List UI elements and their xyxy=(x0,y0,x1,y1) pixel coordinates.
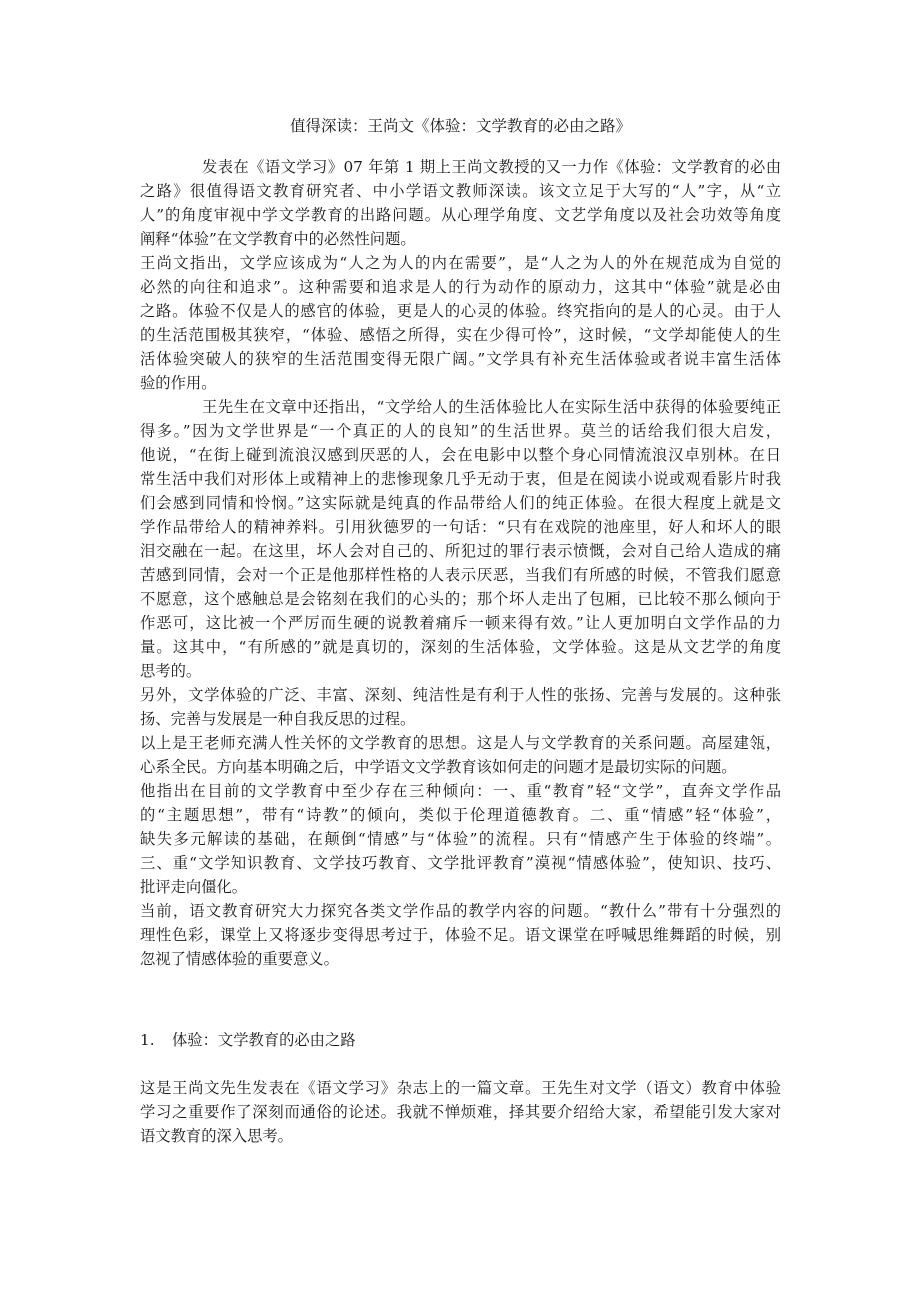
text-line: 的生活范围极其狭窄，“体验、感悟之所得，实在少得可怜”，这时候，“文学却能使人的… xyxy=(140,323,781,347)
text-line: 语文教育的深入思考。 xyxy=(140,1124,781,1148)
text-line: 学习之重要作了深刻而通俗的论述。我就不惮烦难，择其要介绍给大家，希望能引发大家对 xyxy=(140,1100,781,1124)
text-line: 这是王尚文先生发表在《语文学习》杂志上的一篇文章。王先生对文学（语文）教育中体验 xyxy=(140,1076,781,1100)
document-page: 值得深读：王尚文《体验：文学教育的必由之路》 发表在《语文学习》07 年第 1 … xyxy=(0,0,920,1302)
text-line: 验的作用。 xyxy=(140,371,781,395)
text-line: 之路》很值得语文教育研究者、中小学语文教师深读。该文立足于大写的“人”字，从“立 xyxy=(140,179,781,203)
text-line: 苦感到同情，会对一个正是他那样性格的人表示厌恶，当我们有所感的时候，不管我们愿意 xyxy=(140,563,781,587)
paragraph-current-research: 当前，语文教育研究大力探究各类文学作品的教学内容的问题。“教什么”带有十分强烈的… xyxy=(140,899,781,971)
text-line: 得多。”因为文学世界是“一个真正的人的良知”的生活世界。莫兰的话给我们很大启发， xyxy=(140,419,781,443)
paragraph-three-tendencies: 他指出在目前的文学教育中至少存在三种倾向：一、重“教育”轻“文学”，直奔文学作品… xyxy=(140,779,781,899)
text-line: 必然的向往和追求”。这种需要和追求是人的行为动作的原动力，这其中“体验”就是必由 xyxy=(140,275,781,299)
text-line: 不愿意，这个感触总是会铭刻在我们的心头的；那个坏人走出了包厢，已比较不那么倾向于 xyxy=(140,587,781,611)
document-title: 值得深读：王尚文《体验：文学教育的必由之路》 xyxy=(140,114,781,138)
paragraph-wang-points-out: 王尚文指出，文学应该成为“人之为人的内在需要”，是“人之为人的外在规范成为自觉的… xyxy=(140,251,781,395)
section-paragraph: 这是王尚文先生发表在《语文学习》杂志上的一篇文章。王先生对文学（语文）教育中体验… xyxy=(140,1076,781,1148)
text-line: 忽视了情感体验的重要意义。 xyxy=(140,947,781,971)
text-line: 王尚文指出，文学应该成为“人之为人的内在需要”，是“人之为人的外在规范成为自觉的 xyxy=(140,251,781,275)
text-line: 心系全民。方向基本明确之后，中学语文文学教育该如何走的问题才是最切实际的问题。 xyxy=(140,755,781,779)
text-line: 的“主题思想”，带有“诗教”的倾向，类似于伦理道德教育。二、重“情感”轻“体验”… xyxy=(140,803,781,827)
text-line: 作恶可，这比被一个严厉而生硬的说教着痛斥一顿来得有效。”让人更加明白文学作品的力 xyxy=(140,611,781,635)
text-line: 人”的角度审视中学文学教育的出路问题。从心理学角度、文艺学角度以及社会功效等角度 xyxy=(140,203,781,227)
text-line: 缺失多元解读的基础，在颠倒“情感”与“体验”的流程。只有“情感产生于体验的终端”… xyxy=(140,827,781,851)
section-heading-text: 体验：文学教育的必由之路 xyxy=(172,1031,356,1049)
text-line: 学作品带给人的精神养料。引用狄德罗的一句话：“只有在戏院的池座里，好人和坏人的眼 xyxy=(140,515,781,539)
text-line: 批评走向僵化。 xyxy=(140,875,781,899)
text-line: 他说，“在街上碰到流浪汉感到厌恶的人，会在电影中以整个身心同情流浪汉卓别林。在日 xyxy=(140,443,781,467)
text-line: 以上是王老师充满人性关怀的文学教育的思想。这是人与文学教育的关系问题。高屋建瓴， xyxy=(140,731,781,755)
section-heading: 1.体验：文学教育的必由之路 xyxy=(140,1028,356,1052)
text-line: 三、重“文学知识教育、文学技巧教育、文学批评教育”漠视“情感体验”，使知识、技巧… xyxy=(140,851,781,875)
paragraph-humanity-development: 另外，文学体验的广泛、丰富、深刻、纯洁性是有利于人性的张扬、完善与发展的。这种张… xyxy=(140,683,781,731)
text-line: 之路。体验不仅是人的感官的体验，更是人的心灵的体验。终究指向的是人的心灵。由于人 xyxy=(140,299,781,323)
paragraph-purity-of-experience: 王先生在文章中还指出，“文学给人的生活体验比人在实际生活中获得的体验要纯正得多。… xyxy=(140,395,781,683)
text-line: 泪交融在一起。在这里，坏人会对自己的、所犯过的罪行表示愤慨，会对自己给人造成的痛 xyxy=(140,539,781,563)
text-line: 理性色彩，课堂上又将逐步变得思考过于，体验不足。语文课堂在呼喊思维舞蹈的时候，别 xyxy=(140,923,781,947)
text-line: 们会感到同情和怜悯。”这实际就是纯真的作品带给人们的纯正体验。在很大程度上就是文 xyxy=(140,491,781,515)
text-line: 王先生在文章中还指出，“文学给人的生活体验比人在实际生活中获得的体验要纯正 xyxy=(140,395,781,419)
text-line: 当前，语文教育研究大力探究各类文学作品的教学内容的问题。“教什么”带有十分强烈的 xyxy=(140,899,781,923)
paragraph-intro: 发表在《语文学习》07 年第 1 期上王尚文教授的又一力作《体验：文学教育的必由… xyxy=(140,155,781,251)
text-line: 思考的。 xyxy=(140,659,781,683)
text-line: 常生活中我们对形体上或精神上的悲惨现象几乎无动于衷，但是在阅读小说或观看影片时我 xyxy=(140,467,781,491)
text-line: 发表在《语文学习》07 年第 1 期上王尚文教授的又一力作《体验：文学教育的必由 xyxy=(140,155,781,179)
text-line: 阐释“体验”在文学教育中的必然性问题。 xyxy=(140,227,781,251)
text-line: 另外，文学体验的广泛、丰富、深刻、纯洁性是有利于人性的张扬、完善与发展的。这种张 xyxy=(140,683,781,707)
paragraph-summary: 以上是王老师充满人性关怀的文学教育的思想。这是人与文学教育的关系问题。高屋建瓴，… xyxy=(140,731,781,779)
section-number: 1. xyxy=(140,1028,172,1052)
text-line: 量。这其中，“有所感的”就是真切的，深刻的生活体验，文学体验。这是从文艺学的角度 xyxy=(140,635,781,659)
text-line: 他指出在目前的文学教育中至少存在三种倾向：一、重“教育”轻“文学”，直奔文学作品 xyxy=(140,779,781,803)
text-line: 活体验突破人的狭窄的生活范围变得无限广阔。”文学具有补充生活体验或者说丰富生活体 xyxy=(140,347,781,371)
text-line: 扬、完善与发展是一种自我反思的过程。 xyxy=(140,707,781,731)
